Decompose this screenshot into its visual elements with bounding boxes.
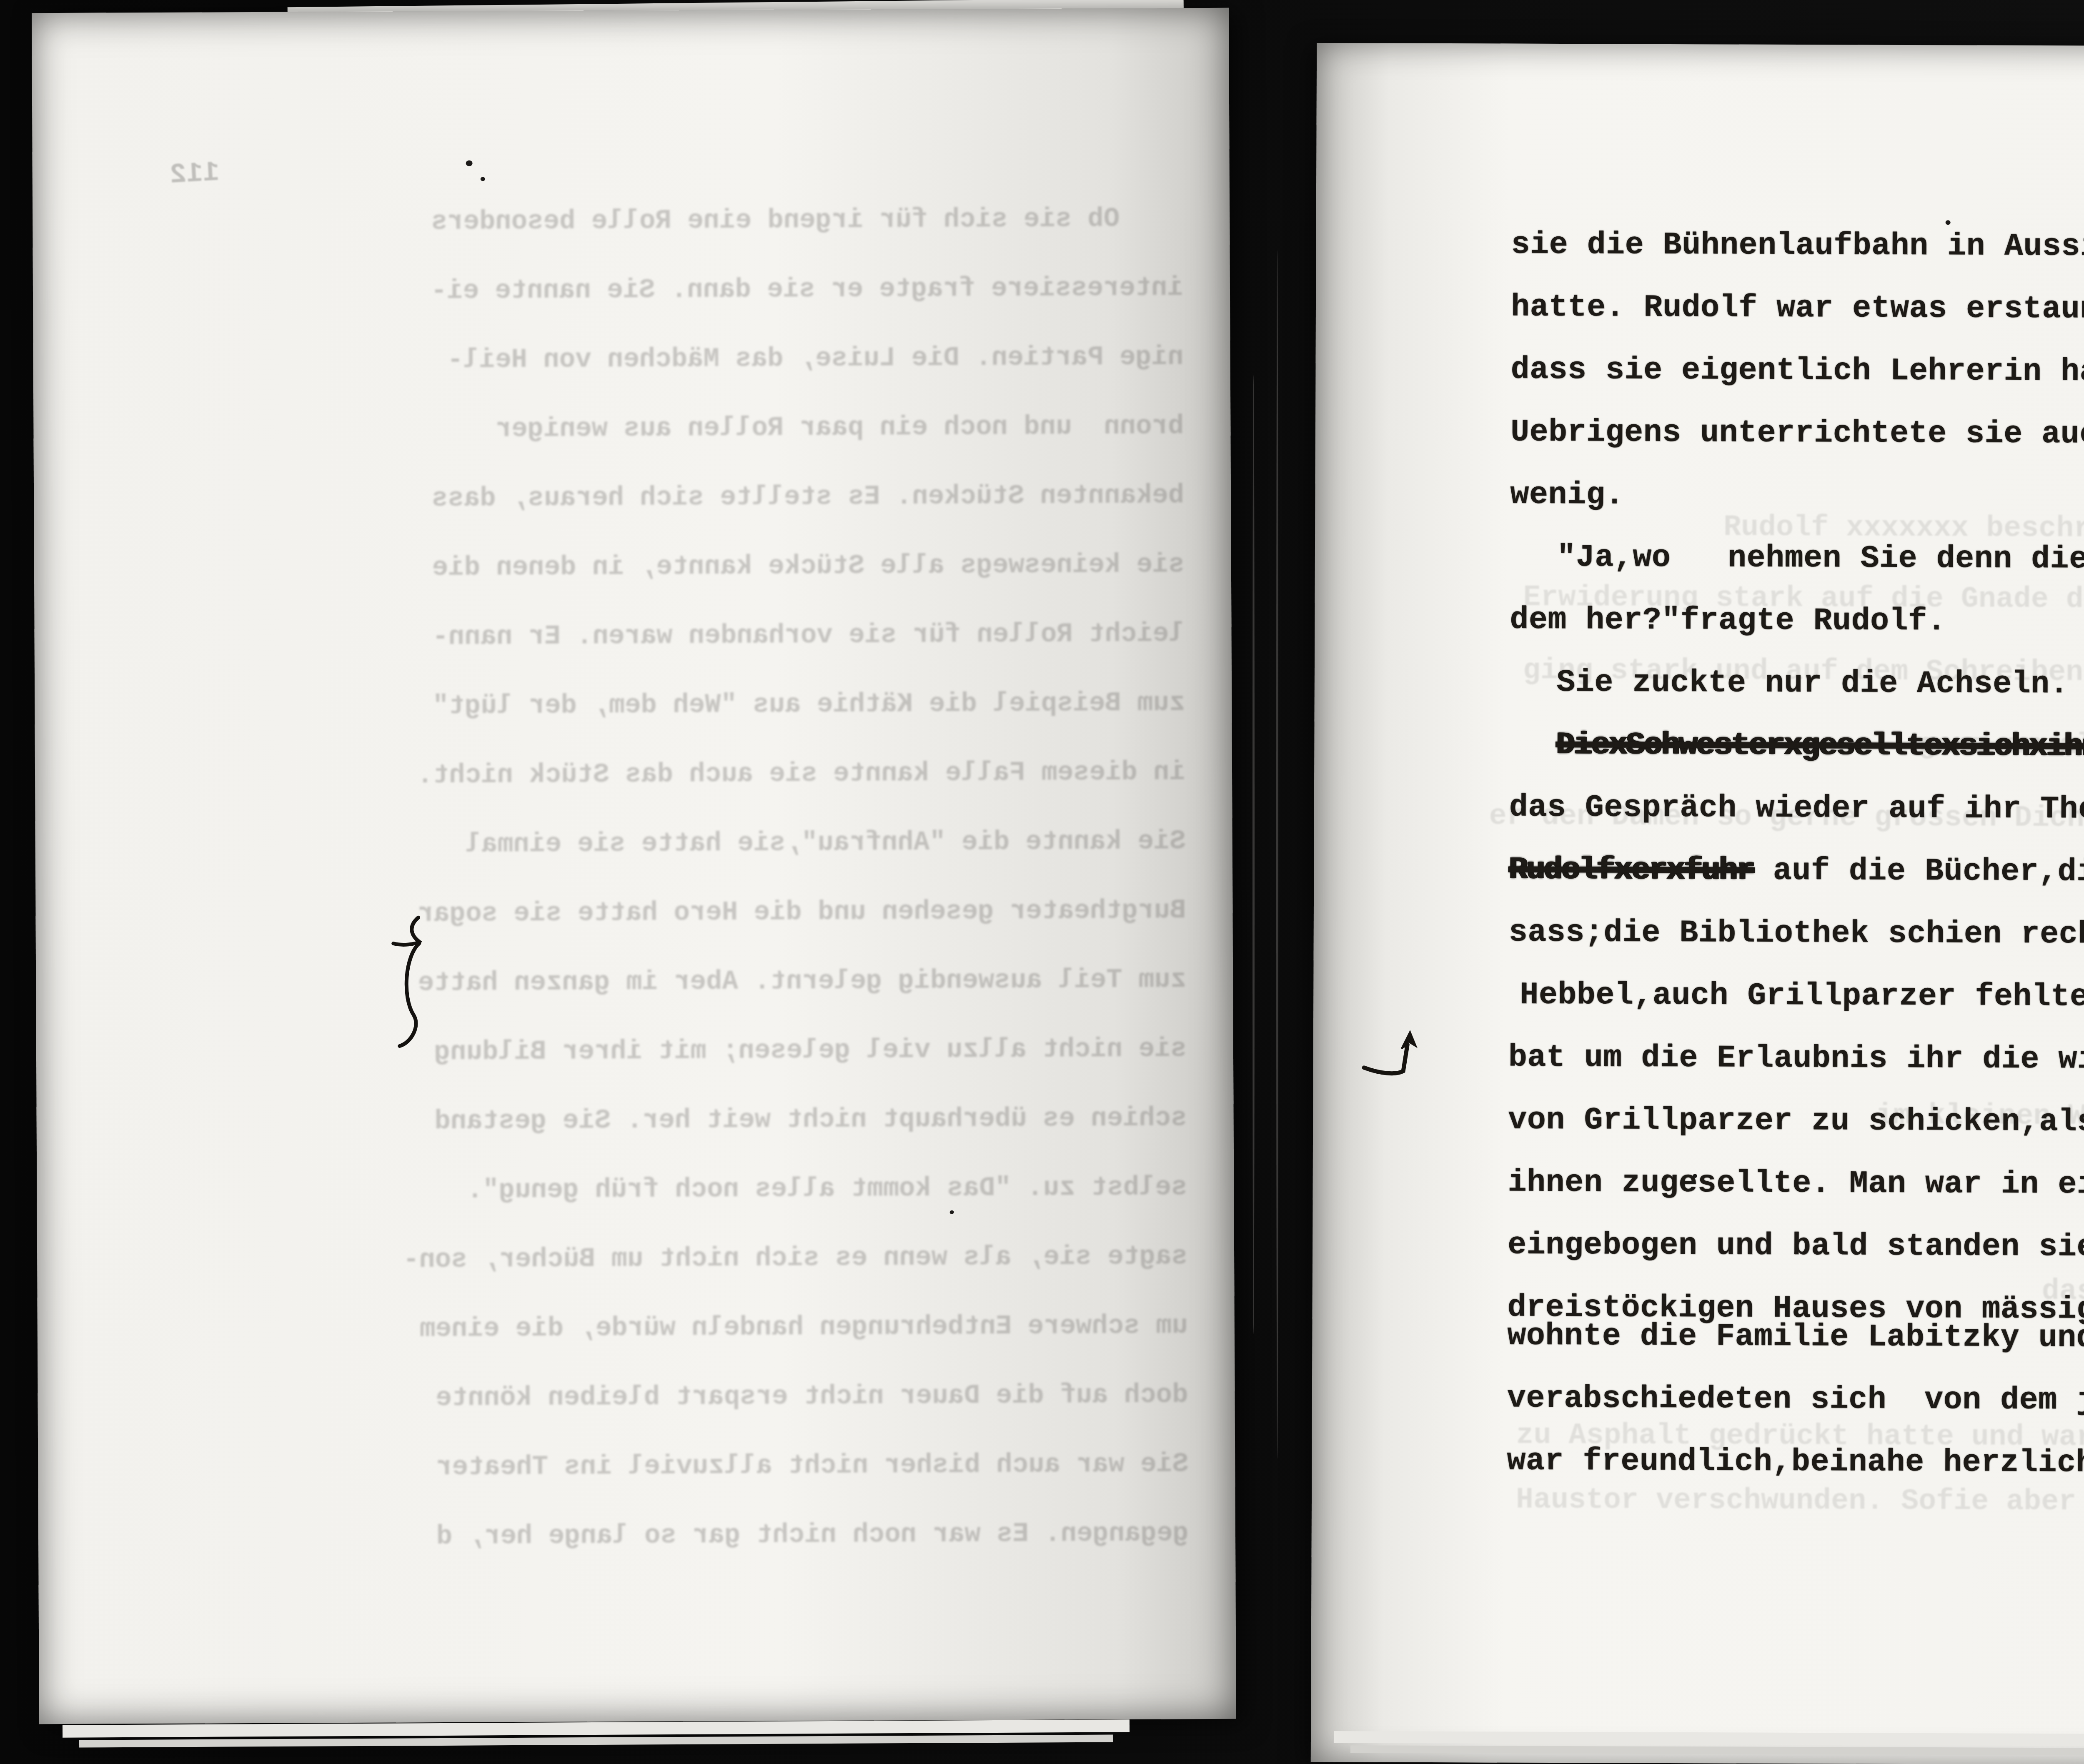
text-segment: das Gespräch wieder auf ihr Theaterstudi… xyxy=(1509,790,2084,828)
ghost-page-number: 112 xyxy=(169,157,220,191)
ghost-line: in diesem Falle kannte sie auch das Stüc… xyxy=(417,757,1185,791)
text-segment: auf die Bücher,die die Familie be- xyxy=(1754,853,2084,891)
ghost-line: sagte sie, als wenn es sich nicht um Büc… xyxy=(403,1242,1187,1275)
ghost-line: sie keineswegs alle Stücke kannte, in de… xyxy=(432,550,1185,583)
text-segment: war freundlich,beinahe herzlich,Marie wa… xyxy=(1507,1443,2084,1482)
ghost-line: sie nicht allzu viel gelesen; mit ihrer … xyxy=(434,1034,1187,1067)
text-segment: "Ja,wo nehmen Sie denn die Zeit zu all xyxy=(1557,540,2084,578)
right-page: 113 wenn sie esn Ib Rindliegt.Rudolf xxx… xyxy=(1311,43,2084,1764)
text-segment: wohnte die Familie Labitzky und die Schw… xyxy=(1507,1318,2084,1357)
typed-line: Rudolfxerxfuhr auf die Bücher,die die Fa… xyxy=(1509,852,2084,891)
typed-line: eingebogen und bald standen sie vor dem … xyxy=(1508,1228,2084,1266)
typed-line: das Gespräch wieder auf ihr Theaterstudi… xyxy=(1509,790,2084,828)
ghost-line: gegangen. Es war noch nicht gar so lange… xyxy=(436,1518,1189,1552)
ghost-text-block: Ob sie sich für irgend eine Rolle besond… xyxy=(62,204,1193,1668)
ghost-line: Sie war auch bisher nicht allzuviel ins … xyxy=(436,1449,1188,1483)
ink-speck xyxy=(1693,1174,1697,1178)
typed-line: wohnte die Familie Labitzky und die Schw… xyxy=(1507,1318,2084,1357)
ghost-line: schien es überhaupt nicht weit her. Sie … xyxy=(434,1103,1187,1137)
ink-speck xyxy=(950,1210,954,1214)
ghost-line: um schwere Entbehrungen handeln würde, d… xyxy=(419,1311,1188,1344)
ghost-line: nige Partien. Die Luise, das Mädchen von… xyxy=(447,342,1184,376)
ink-speck xyxy=(1946,220,1951,225)
text-segment: ihnen zugesellte. Man war in eine Seiten… xyxy=(1508,1165,2084,1203)
ghost-line: bronn und noch ein paar Rollen aus wenig… xyxy=(496,411,1184,444)
ghost-line: zum Beispiel die Käthie aus "Weh dem, de… xyxy=(433,688,1185,722)
ghost-line: selbst zu. "Das kommt alles noch früh ge… xyxy=(467,1173,1187,1206)
text-segment: dass sie eigentlich Lehrerin hatte werde… xyxy=(1510,352,2084,391)
ghost-line: Sie kannte die "Ahnfrau",sie hatte sie e… xyxy=(465,827,1186,860)
typed-line: bat um die Erlaubnis ihr die wichtigsten… xyxy=(1508,1040,2084,1078)
ghost-line: zum Teil auswendig gelernt. Aber im ganz… xyxy=(418,965,1187,998)
typed-line: sass;die Bibliothek schien recht klein z… xyxy=(1509,915,2084,953)
text-segment: Hebbel,auch Grillparzer fehlten darin. R… xyxy=(1520,977,2084,1016)
text-segment: sie die Bühnenlaufbahn in Aussicht genom… xyxy=(1511,227,2084,266)
pen-arrow-mark xyxy=(1363,1022,1434,1077)
ghost-line: doch auf die Dauer nicht erspart bleiben… xyxy=(436,1380,1188,1413)
text-segment: wenig. xyxy=(1510,477,1624,513)
text-segment: von Grillparzer zu schicken,als die Schw… xyxy=(1508,1102,2084,1141)
ghost-line: Burgtheater gesehen und die Hero hatte s… xyxy=(418,896,1186,929)
text-segment: Uebrigens unterrichtete sie auch jetzt n… xyxy=(1510,415,2084,453)
typed-line: verabschiedeten sich von dem jungen Arzt… xyxy=(1507,1381,2084,1420)
ghost-line: bekannten Stücken. Es stellte sich herau… xyxy=(432,481,1184,514)
typed-line: von Grillparzer zu schicken,als die Schw… xyxy=(1508,1102,2084,1141)
typed-line: dass sie eigentlich Lehrerin hatte werde… xyxy=(1510,352,2084,391)
page-edge xyxy=(1276,250,1278,1459)
typed-text-block: sie die Bühnenlaufbahn in Aussicht genom… xyxy=(1311,43,2084,1764)
typed-line: DiexSchwesterxgeselltexsichxihnenxxxx xyxy=(1556,727,2084,765)
ink-speck xyxy=(466,160,473,166)
typed-line: Hebbel,auch Grillparzer fehlten darin. R… xyxy=(1520,977,2084,1016)
typed-line: sie die Bühnenlaufbahn in Aussicht genom… xyxy=(1511,227,2084,266)
typed-line: ihnen zugesellte. Man war in eine Seiten… xyxy=(1508,1165,2084,1203)
ink-speck xyxy=(481,177,485,181)
ghost-line: leicht Rollen für sie vorhanden waren. E… xyxy=(432,619,1185,652)
typed-line: war freundlich,beinahe herzlich,Marie wa… xyxy=(1507,1443,2084,1482)
typed-line: "Ja,wo nehmen Sie denn die Zeit zu all xyxy=(1557,540,2084,578)
left-page: 112 Ob sie sich für irgend eine Rolle be… xyxy=(32,8,1236,1724)
ink-squiggle-mark xyxy=(369,912,461,1062)
typed-line: hatte. Rudolf war etwas erstaunt,als er … xyxy=(1511,290,2084,328)
scanned-book-photo: 112 Ob sie sich für irgend eine Rolle be… xyxy=(0,0,2084,1764)
ghost-line: Ob sie sich für irgend eine Rolle besond… xyxy=(431,204,1120,237)
text-segment: bat um die Erlaubnis ihr die wichtigsten… xyxy=(1508,1040,2084,1078)
text-segment: verabschiedeten sich von dem jungen Arzt… xyxy=(1507,1381,2084,1420)
typed-line: Uebrigens unterrichtete sie auch jetzt n… xyxy=(1510,415,2084,453)
typed-line: Sie zuckte nur die Achseln. Dann kam xyxy=(1556,665,2084,703)
typed-line: dem her?"fragte Rudolf. xyxy=(1510,602,1946,639)
page-edge xyxy=(1252,375,1255,1334)
ghost-line: interessiere fragte er sie dann. Sie nan… xyxy=(431,273,1183,306)
text-segment: sass;die Bibliothek schien recht klein z… xyxy=(1509,915,2084,953)
typed-line: wenig. xyxy=(1510,477,1624,513)
text-segment: Sie zuckte nur die Achseln. Dann kam xyxy=(1556,665,2084,703)
text-segment: dem her?"fragte Rudolf. xyxy=(1510,602,1946,639)
text-segment: hatte. Rudolf war etwas erstaunt,als er … xyxy=(1511,290,2084,328)
strikethrough-segment: DiexSchwesterxgeselltexsichxihnenxxxx xyxy=(1556,727,2084,765)
strikethrough-segment: Rudolfxerxfuhr xyxy=(1509,852,1754,889)
text-segment: eingebogen und bald standen sie vor dem … xyxy=(1508,1228,2084,1266)
